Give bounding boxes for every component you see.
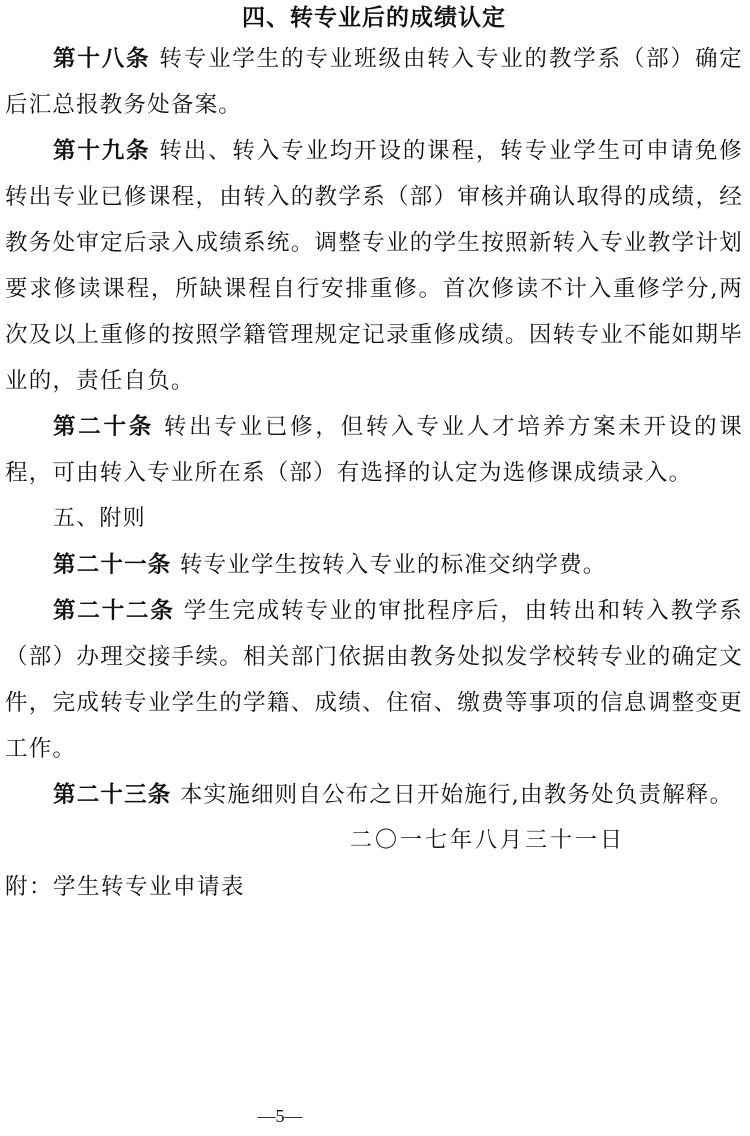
article-text: 本实施细则自公布之日开始施行,由教务处负责解释。 bbox=[172, 782, 734, 808]
article-20: 第二十条 转出专业已修，但转入专业人才培养方案未开设的课程，可由转入专业所在系（… bbox=[5, 404, 743, 496]
article-18: 第十八条 转专业学生的专业班级由转入专业的教学系（部）确定后汇总报教务处备案。 bbox=[5, 36, 743, 128]
article-text: 转出、转入专业均开设的课程，转专业学生可申请免修转出专业已修课程，由转入的教学系… bbox=[5, 138, 743, 394]
document-page: 四、转专业后的成绩认定 第十八条 转专业学生的专业班级由转入专业的教学系（部）确… bbox=[5, 0, 743, 910]
article-22: 第二十二条 学生完成转专业的审批程序后，由转出和转入教学系（部）办理交接手续。相… bbox=[5, 588, 743, 772]
article-label: 第十八条 bbox=[53, 46, 150, 72]
issue-date: 二〇一七年八月三十一日 bbox=[5, 818, 743, 864]
article-text: 转专业学生按转入专业的标准交纳学费。 bbox=[172, 552, 607, 578]
article-label: 第二十二条 bbox=[53, 598, 175, 624]
article-label: 第二十条 bbox=[53, 414, 154, 440]
section-title: 四、转专业后的成绩认定 bbox=[5, 0, 743, 36]
article-19: 第十九条 转出、转入专业均开设的课程，转专业学生可申请免修转出专业已修课程，由转… bbox=[5, 128, 743, 404]
section2-title: 五、附则 bbox=[5, 496, 743, 542]
article-21: 第二十一条 转专业学生按转入专业的标准交纳学费。 bbox=[5, 542, 743, 588]
article-23: 第二十三条 本实施细则自公布之日开始施行,由教务处负责解释。 bbox=[5, 772, 743, 818]
page-number: —5— bbox=[0, 1106, 560, 1127]
article-label: 第二十三条 bbox=[53, 782, 172, 808]
attachment-note: 附：学生转专业申请表 bbox=[5, 864, 743, 910]
article-label: 第二十一条 bbox=[53, 552, 172, 578]
article-label: 第十九条 bbox=[53, 138, 150, 164]
